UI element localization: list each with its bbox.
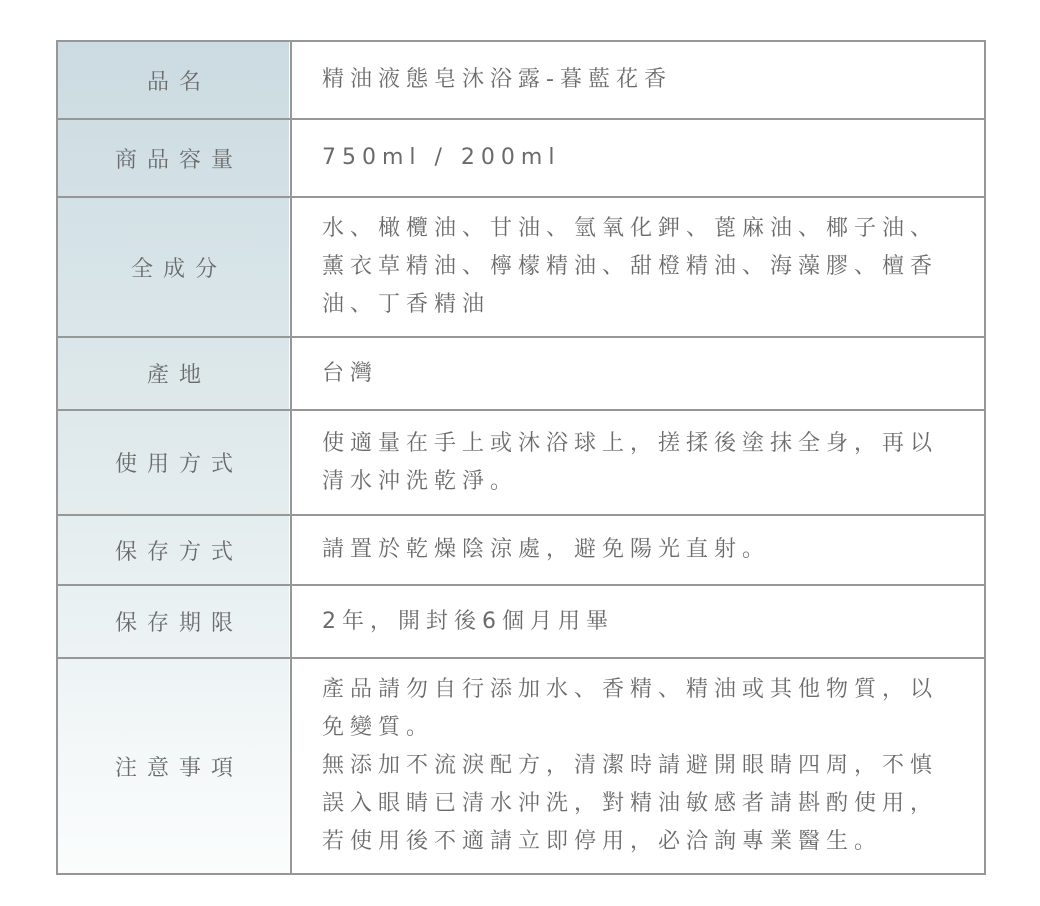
row-label: 使用方式 [57, 410, 291, 515]
row-value: 使適量在手上或沐浴球上，搓揉後塗抹全身，再以清水沖洗乾淨。 [291, 410, 985, 515]
table-row-volume: 商品容量 750ml / 200ml [57, 119, 985, 197]
row-value: 精油液態皂沐浴露-暮藍花香 [291, 41, 985, 119]
product-spec-table: 品名 精油液態皂沐浴露-暮藍花香 商品容量 750ml / 200ml 全成分 … [56, 40, 986, 875]
row-value: 請置於乾燥陰涼處，避免陽光直射。 [291, 515, 985, 585]
row-value: 750ml / 200ml [291, 119, 985, 197]
row-value: 水、橄欖油、甘油、氫氧化鉀、蓖麻油、椰子油、薰衣草精油、檸檬精油、甜橙精油、海藻… [291, 197, 985, 337]
row-label: 注意事項 [57, 658, 291, 874]
row-label: 全成分 [57, 197, 291, 337]
table-row-usage: 使用方式 使適量在手上或沐浴球上，搓揉後塗抹全身，再以清水沖洗乾淨。 [57, 410, 985, 515]
row-value: 產品請勿自行添加水、香精、精油或其他物質，以免變質。 無添加不流淚配方，清潔時請… [291, 658, 985, 874]
table-row-precautions: 注意事項 產品請勿自行添加水、香精、精油或其他物質，以免變質。 無添加不流淚配方… [57, 658, 985, 874]
table-row-product-name: 品名 精油液態皂沐浴露-暮藍花香 [57, 41, 985, 119]
row-value: 2年，開封後6個月用畢 [291, 585, 985, 658]
table-row-ingredients: 全成分 水、橄欖油、甘油、氫氧化鉀、蓖麻油、椰子油、薰衣草精油、檸檬精油、甜橙精… [57, 197, 985, 337]
table-row-shelf-life: 保存期限 2年，開封後6個月用畢 [57, 585, 985, 658]
row-label: 保存方式 [57, 515, 291, 585]
table-row-origin: 產地 台灣 [57, 337, 985, 410]
row-label: 保存期限 [57, 585, 291, 658]
product-spec-page: 品名 精油液態皂沐浴露-暮藍花香 商品容量 750ml / 200ml 全成分 … [0, 0, 1040, 906]
row-label: 商品容量 [57, 119, 291, 197]
row-value: 台灣 [291, 337, 985, 410]
row-label: 品名 [57, 41, 291, 119]
table-row-storage: 保存方式 請置於乾燥陰涼處，避免陽光直射。 [57, 515, 985, 585]
row-label: 產地 [57, 337, 291, 410]
